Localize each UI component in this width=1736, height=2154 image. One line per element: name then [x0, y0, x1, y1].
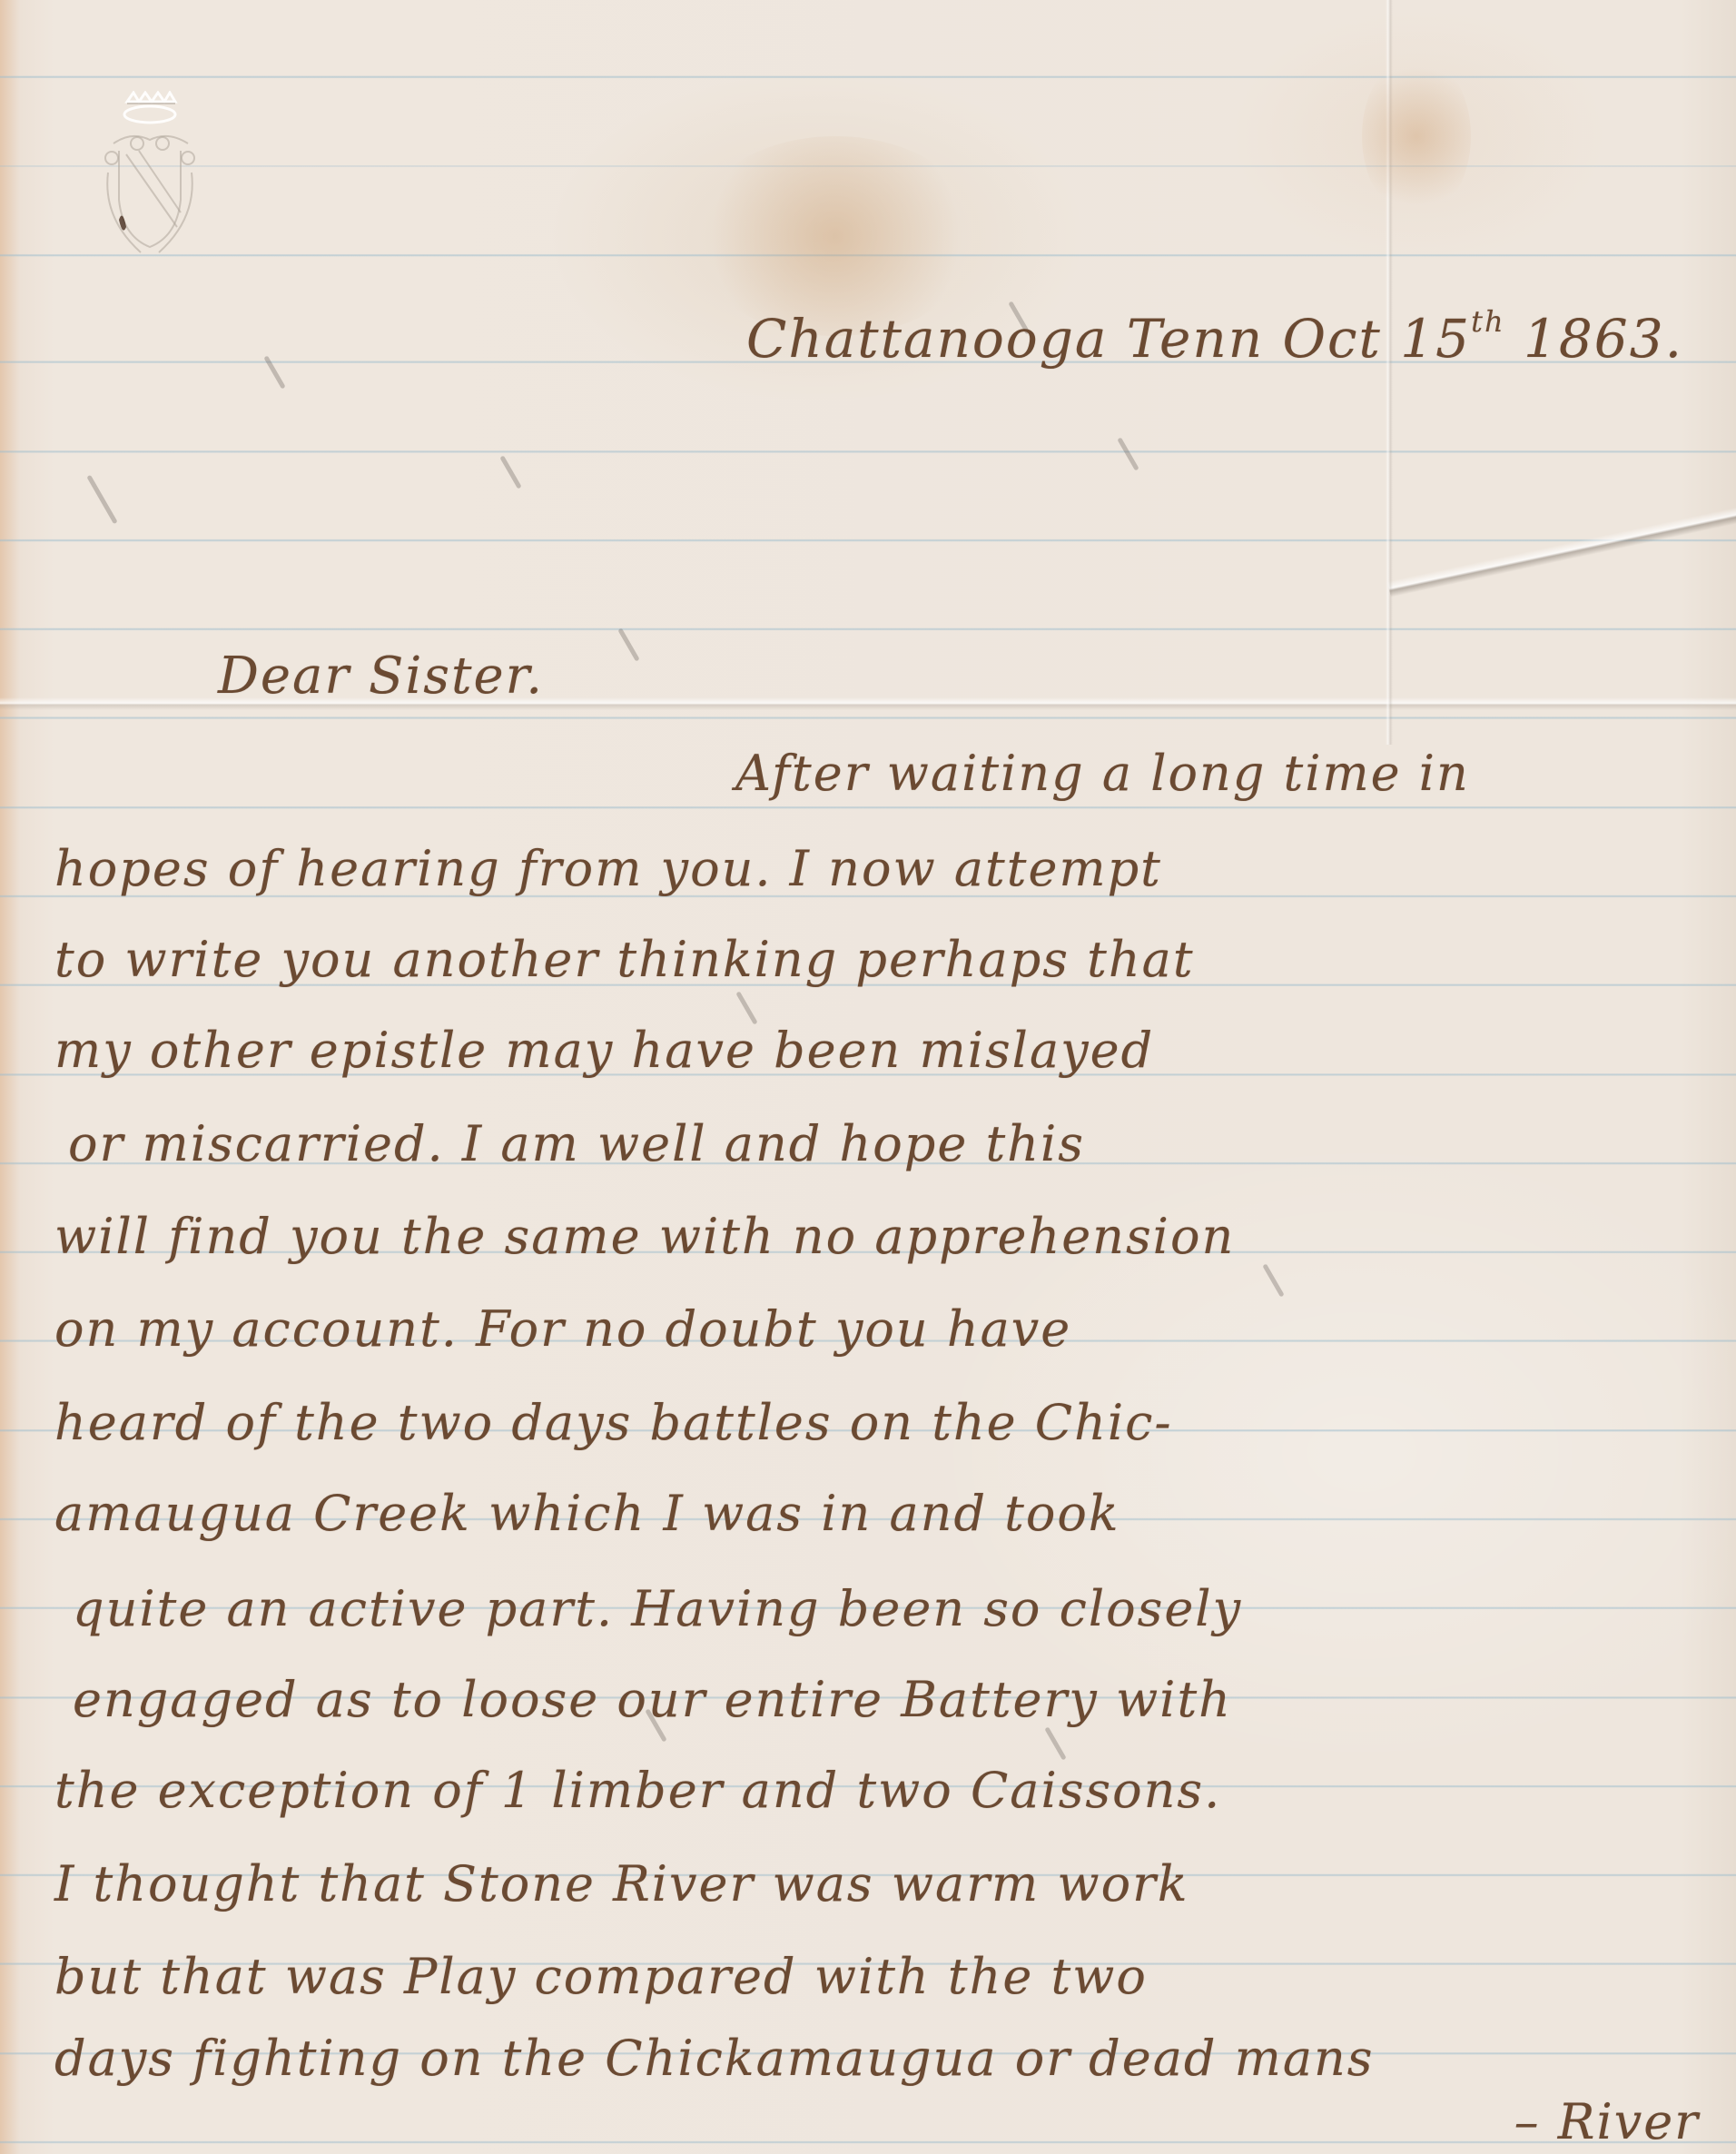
- ink-bleed-mark: [1117, 437, 1139, 470]
- ink-bleed-mark: [617, 627, 639, 661]
- body-line: heard of the two days battles on the Chi…: [54, 1394, 1173, 1451]
- heading-day: 15: [1400, 308, 1471, 370]
- body-line: days fighting on the Chickamaugua or dea…: [54, 2030, 1375, 2087]
- ink-bleed-mark: [1044, 1726, 1066, 1760]
- paper-stain: [1362, 54, 1471, 218]
- body-line: but that was Play compared with the two: [54, 1948, 1148, 2005]
- heading-month: Oct: [1283, 308, 1382, 370]
- heading-year: 1863.: [1524, 308, 1683, 370]
- body-line: I thought that Stone River was warm work: [54, 1855, 1189, 1912]
- ink-bleed-mark: [1262, 1263, 1284, 1297]
- embossed-crest-icon: [86, 91, 213, 263]
- continuation-text: River: [1558, 2093, 1700, 2150]
- fold-crease-diagonal: [1387, 506, 1736, 598]
- body-line: to write you another thinking perhaps th…: [54, 931, 1195, 988]
- ink-bleed-mark: [735, 991, 757, 1024]
- letter-heading: Chattanooga Tenn Oct 15th 1863.: [746, 304, 1683, 370]
- salutation: Dear Sister.: [218, 647, 544, 706]
- body-line: or miscarried. I am well and hope this: [68, 1115, 1085, 1172]
- body-line: quite an active part. Having been so clo…: [73, 1580, 1242, 1637]
- body-line: will find you the same with no apprehens…: [54, 1208, 1235, 1265]
- body-line: hopes of hearing from you. I now attempt: [54, 840, 1162, 897]
- body-line: the exception of 1 limber and two Caisso…: [54, 1762, 1221, 1819]
- continuation-word: – River: [1514, 2093, 1700, 2150]
- letter-page: Chattanooga Tenn Oct 15th 1863. Dear Sis…: [0, 0, 1736, 2154]
- heading-place: Chattanooga Tenn: [746, 308, 1264, 370]
- body-line: engaged as to loose our entire Battery w…: [73, 1671, 1232, 1728]
- ink-bleed-mark: [499, 455, 521, 489]
- body-line: amaugua Creek which I was in and took: [54, 1485, 1120, 1542]
- ink-bleed-mark: [86, 475, 117, 524]
- body-line: on my account. For no doubt you have: [54, 1300, 1071, 1358]
- heading-day-suffix: th: [1471, 304, 1504, 339]
- body-line: After waiting a long time in: [735, 745, 1470, 802]
- ink-bleed-mark: [263, 355, 285, 389]
- body-line: my other epistle may have been mislayed: [54, 1022, 1154, 1079]
